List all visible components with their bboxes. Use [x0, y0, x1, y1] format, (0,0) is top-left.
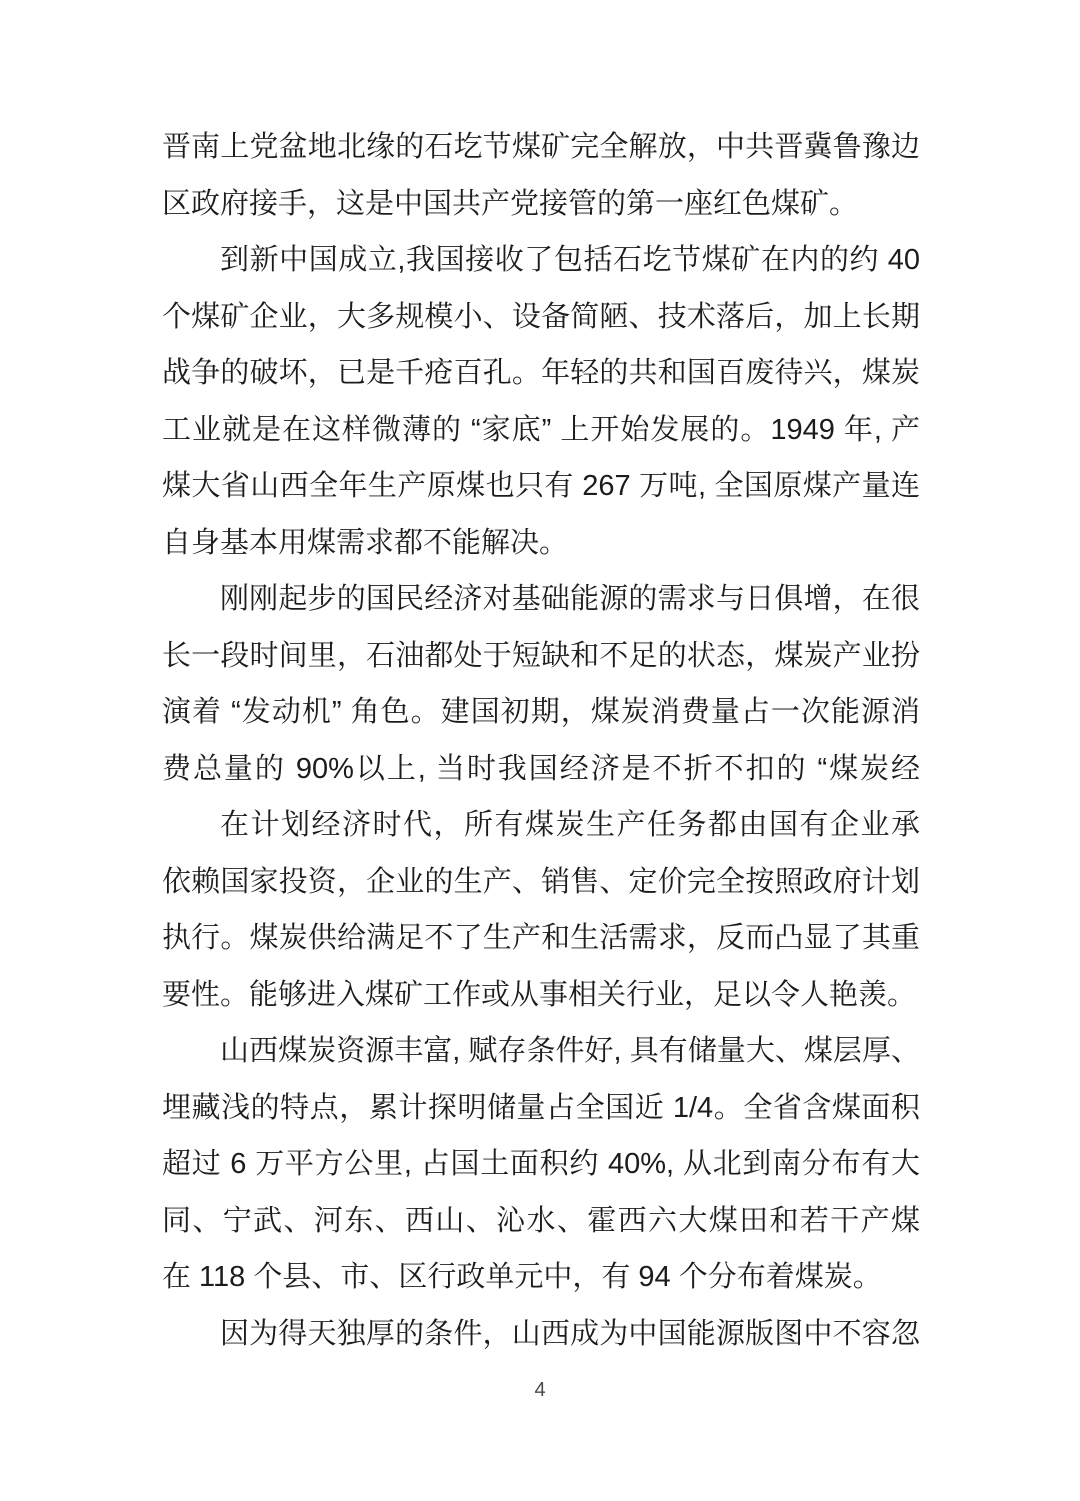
- text-line: 山西煤炭资源丰富, 赋存条件好, 具有储量大、煤层厚、: [162, 1023, 920, 1080]
- text-line: 区政府接手，这是中国共产党接管的第一座红色煤矿。: [162, 176, 920, 233]
- document-page: 晋南上党盆地北缘的石圪节煤矿完全解放，中共晋冀鲁豫边区政府接手，这是中国共产党接…: [0, 0, 1080, 1501]
- text-line: 煤大省山西全年生产原煤也只有 267 万吨, 全国原煤产量连: [162, 458, 920, 515]
- text-line: 因为得天独厚的条件，山西成为中国能源版图中不容忽: [162, 1306, 920, 1363]
- text-line: 刚刚起步的国民经济对基础能源的需求与日俱增，在很: [162, 571, 920, 628]
- text-line: 依赖国家投资，企业的生产、销售、定价完全按照政府计划: [162, 854, 920, 911]
- text-line: 费总量的 90%以上, 当时我国经济是不折不扣的 “煤炭经济”。: [162, 741, 920, 798]
- text-line: 个煤矿企业，大多规模小、设备简陋、技术落后，加上长期: [162, 289, 920, 346]
- text-line: 超过 6 万平方公里, 占国土面积约 40%, 从北到南分布有大: [162, 1136, 920, 1193]
- body-text: 晋南上党盆地北缘的石圪节煤矿完全解放，中共晋冀鲁豫边区政府接手，这是中国共产党接…: [162, 119, 920, 1362]
- text-line: 晋南上党盆地北缘的石圪节煤矿完全解放，中共晋冀鲁豫边: [162, 119, 920, 176]
- text-line: 要性。能够进入煤矿工作或从事相关行业，足以令人艳羡。: [162, 967, 920, 1024]
- text-line: 工业就是在这样微薄的 “家底” 上开始发展的。1949 年, 产: [162, 402, 920, 459]
- text-line: 演着 “发动机” 角色。建国初期，煤炭消费量占一次能源消: [162, 684, 920, 741]
- text-line: 在 118 个县、市、区行政单元中，有 94 个分布着煤炭。: [162, 1249, 920, 1306]
- text-line: 长一段时间里，石油都处于短缺和不足的状态，煤炭产业扮: [162, 628, 920, 685]
- text-line: 战争的破坏，已是千疮百孔。年轻的共和国百废待兴，煤炭: [162, 345, 920, 402]
- text-line: 同、宁武、河东、西山、沁水、霍西六大煤田和若干产煤区，: [162, 1193, 920, 1250]
- page-number: 4: [0, 1378, 1080, 1402]
- text-line: 自身基本用煤需求都不能解决。: [162, 515, 920, 572]
- text-line: 执行。煤炭供给满足不了生产和生活需求，反而凸显了其重: [162, 910, 920, 967]
- text-line: 到新中国成立,我国接收了包括石圪节煤矿在内的约 40: [162, 232, 920, 289]
- text-line: 在计划经济时代，所有煤炭生产任务都由国有企业承担，: [162, 797, 920, 854]
- text-line: 埋藏浅的特点，累计探明储量占全国近 1/4。全省含煤面积: [162, 1080, 920, 1137]
